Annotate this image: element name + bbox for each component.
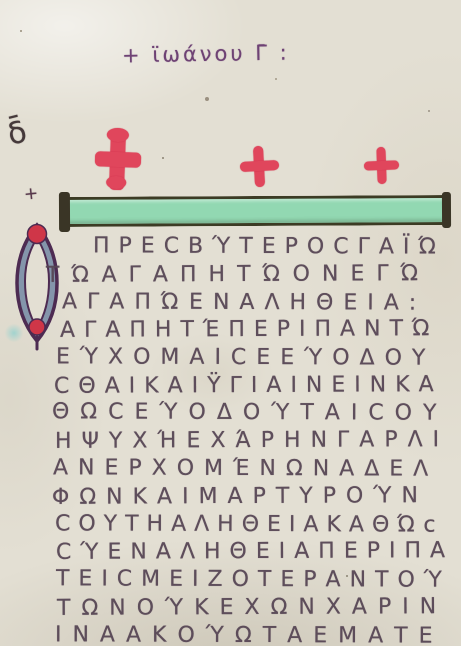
text-line: ΘΩCΕΎΟΔΟΎΤΑΙCΟΥ (52, 400, 448, 425)
text-line: ΤΩΝΟΎΚΕΧΩΝΧΑΡΙΝ (57, 595, 447, 621)
margin-quire-mark: δ̄ (4, 114, 30, 152)
text-line: ΦΩΝΚΑΙΜΑΡΤΥΡΟΎΝ (52, 484, 428, 510)
headband-bar (63, 195, 448, 227)
pigment-smudge (4, 324, 24, 342)
text-line: CΟΥΤΗΑΛΗΘΕΙΑΚΑΘΏc (55, 512, 444, 537)
text-line: ΑΓΑΠΗΤΈΠΕΡΙΠΑΝΤΏ (60, 317, 439, 343)
text-line: ΑΝΕΡΧΟΜΈΝΩΝΑΔΕΛ (53, 456, 438, 481)
text-line: ΑΓΑΠΏΕΝΑΛΗΘΕΙΑ: (62, 290, 426, 315)
text-line: ΙΝΑΑΚΟΎΩΤΑΕΜΑΤΕ (55, 623, 444, 646)
margin-cross-mark: + (23, 183, 39, 204)
text-line: ΕΎΧΟΜΑΙCΕΕΎΟΔΟΥ (56, 345, 435, 370)
page-title: + ϊωάνου Γ̄ : (122, 41, 290, 68)
manuscript-page: + ϊωάνου Γ̄ : δ̄ + ΠΡΕCΒΎΤΕΡΟCΓΑΪΏ ΤΏΑΓΑ… (0, 0, 461, 646)
text-line: CΘΑΙΚΑΙΫΓΙΑΙΝΕΙΝΚΑ (54, 373, 443, 399)
headband-right-cap (442, 192, 451, 228)
text-line: ΗΨΥΧΉΕΧΆΡΗΝΓΑΡΛΙ (55, 428, 449, 454)
text-line: ΤΏΑΓΑΠΗΤΏΟΝΕΓΏ (46, 262, 431, 288)
text-line: ΤΕΙCΜΕΙΖΟΤΕΡΑΝΤΟΎ (56, 567, 451, 592)
text-line: CΎΕΝΑΛΗΘΕΙΑΠΕΡΙΠΑ (56, 539, 454, 565)
parchment-specks (20, 30, 22, 32)
text-line: ΠΡΕCΒΎΤΕΡΟCΓΑΪΏ (93, 234, 446, 259)
